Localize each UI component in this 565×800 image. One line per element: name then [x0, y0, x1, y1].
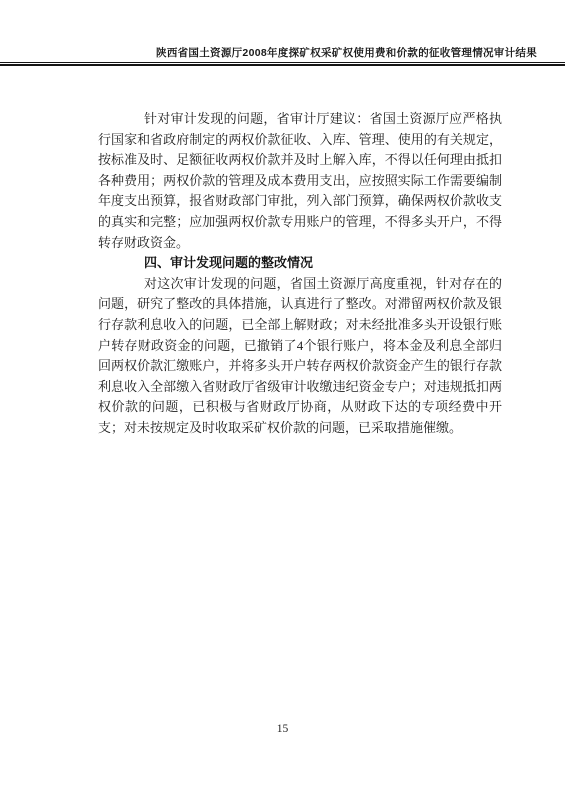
page-number: 15 [0, 723, 565, 735]
document-page: 陕西省国土资源厅2008年度探矿权采矿权使用费和价款的征收管理情况审计结果 针对… [0, 0, 565, 800]
paragraph-rectification-details: 对这次审计发现的问题，省国土资源厅高度重视，针对存在的问题，研究了整改的具体措施… [98, 274, 502, 439]
paragraph-audit-recommendations: 针对审计发现的问题，省审计厅建议：省国土资源厅应严格执行国家和省政府制定的两权价… [98, 109, 502, 253]
section-heading-rectification: 四、审计发现问题的整改情况 [98, 253, 502, 274]
document-body: 针对审计发现的问题，省审计厅建议：省国土资源厅应严格执行国家和省政府制定的两权价… [98, 109, 502, 439]
running-header-title: 陕西省国土资源厅2008年度探矿权采矿权使用费和价款的征收管理情况审计结果 [30, 45, 537, 60]
header-rule [0, 62, 565, 66]
